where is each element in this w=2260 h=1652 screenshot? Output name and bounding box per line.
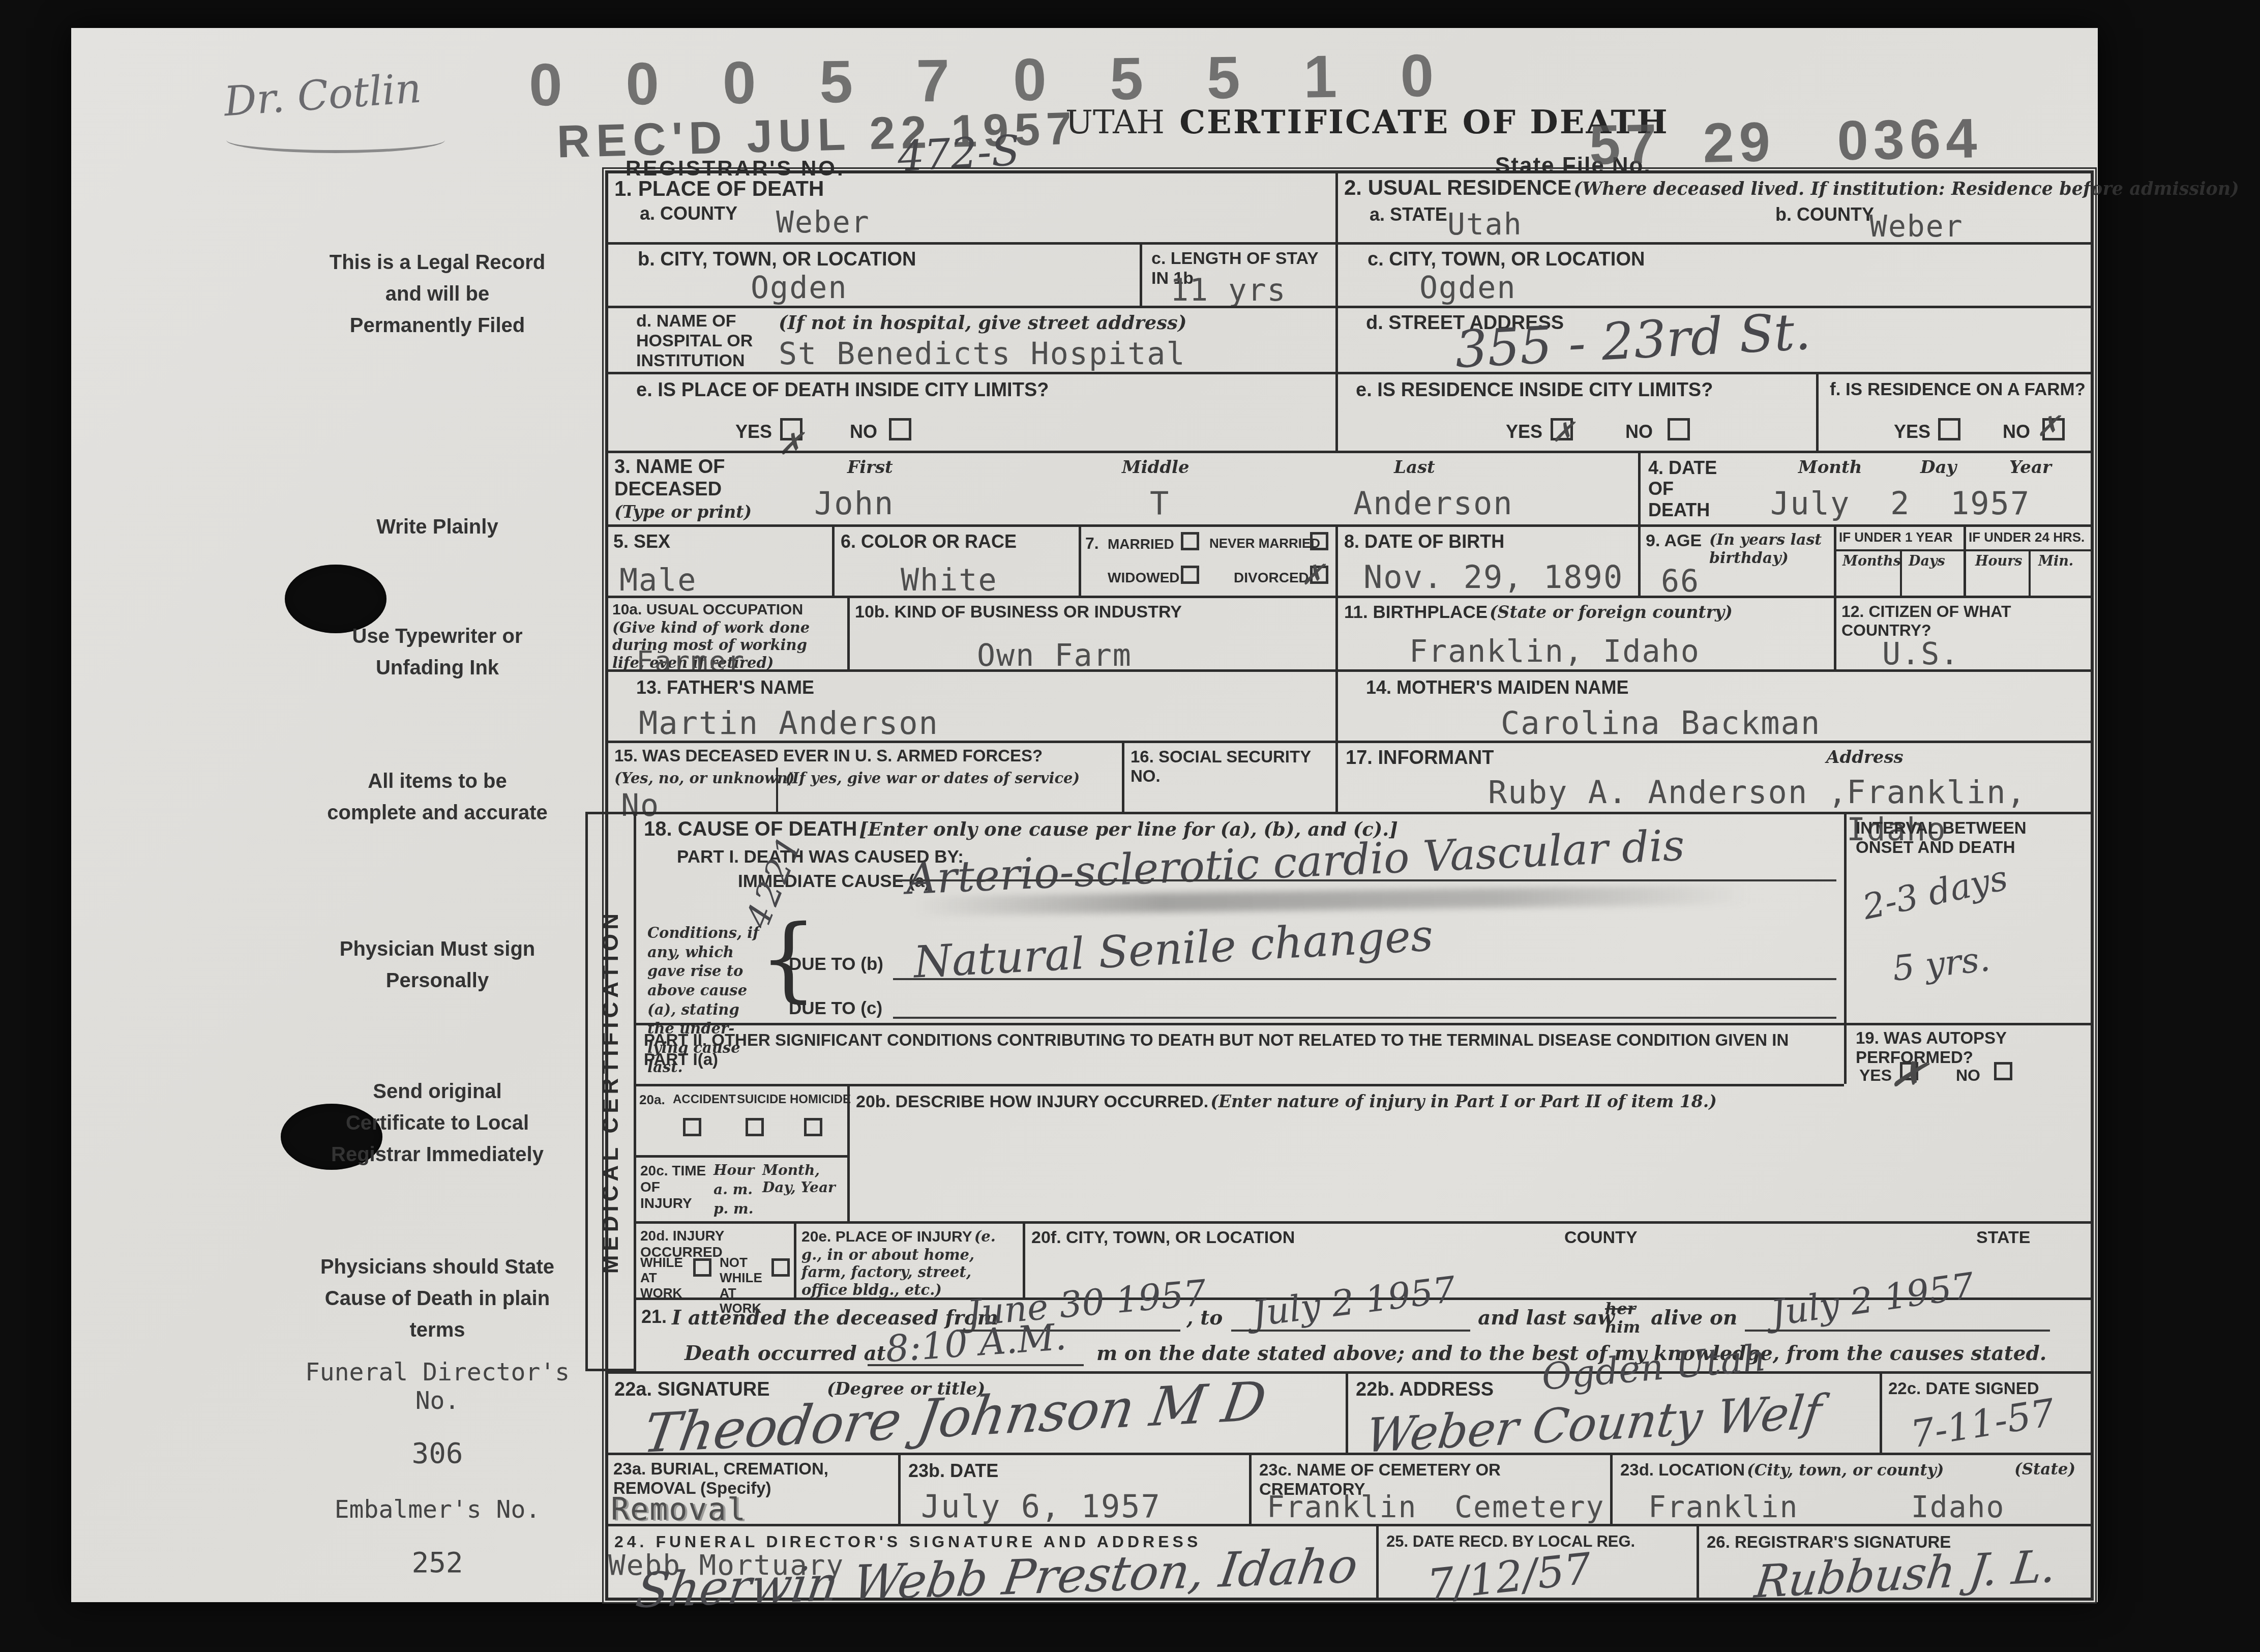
field-21-text4: alive on <box>1651 1306 1737 1330</box>
field-9-age: 9. AGE (In years last birthday) 66 <box>1638 524 1834 596</box>
field-2e-city-limits: e. IS RESIDENCE INSIDE CITY LIMITS? YES … <box>1335 372 1816 451</box>
checkbox-2f-yes <box>1938 418 1960 440</box>
embalmers-no-value: 252 <box>290 1546 585 1579</box>
field-20d-injury-occurred: 20d. INJURY OCCURRED WHILE AT WORK NOT W… <box>636 1221 794 1297</box>
field-14-value: Carolina Backman <box>1501 704 1821 742</box>
field-22b-address: 22b. ADDRESS Ogden Utah Weber County Wel… <box>1346 1371 1880 1453</box>
field-2f-yes-label: YES <box>1894 421 1930 442</box>
field-4-title: 4. DATE OF DEATH <box>1648 457 1719 520</box>
field-11-note: (State or foreign country) <box>1490 602 1733 622</box>
field-3-first-header: First <box>847 457 893 478</box>
field-17-value: Ruby A. Anderson , <box>1488 774 1848 811</box>
field-20c-time-of-injury: 20c. TIME OF INJURY Hour a. m. p. m. Mon… <box>636 1155 847 1221</box>
field-4-date-of-death: 4. DATE OF DEATH Month Day Year July 2 1… <box>1638 451 2091 524</box>
field-21-text5: Death occurred at <box>685 1342 886 1366</box>
field-13-fathers-name: 13. FATHER'S NAME Martin Anderson <box>608 669 1335 741</box>
field-21-text2: , to <box>1186 1306 1223 1330</box>
field-1a-label: a. COUNTY <box>640 203 737 224</box>
field-15-armed-forces: 15. WAS DECEASED EVER IN U. S. ARMED FOR… <box>608 741 1122 812</box>
field-1d-value: St Benedicts Hospital <box>779 336 1186 372</box>
field-23d-note: (City, town, or county) <box>1747 1461 1944 1480</box>
field-20c-hour-label: Hour <box>713 1162 754 1179</box>
field-2e-label: e. IS RESIDENCE INSIDE CITY LIMITS? <box>1356 379 1713 402</box>
field-18-cause-of-death: 18. CAUSE OF DEATH [Enter only one cause… <box>636 812 1844 1023</box>
field-10a-label: 10a. USUAL OCCUPATION <box>612 601 803 618</box>
field-1b-label: b. CITY, TOWN, OR LOCATION <box>638 249 916 271</box>
field-26-registrar-signature: 26. REGISTRAR'S SIGNATURE Rubbush J. L. <box>1697 1524 2091 1598</box>
field-2f-no-label: NO <box>2003 421 2030 442</box>
field-18-due-to-b-label: DUE TO (b) <box>789 954 883 975</box>
field-23d-label: 23d. LOCATION <box>1620 1460 1745 1479</box>
field-19-no-label: NO <box>1956 1066 1980 1085</box>
field-20e-place-of-injury: 20e. PLACE OF INJURY (e. g., in or about… <box>794 1221 1023 1297</box>
field-1b-city: b. CITY, TOWN, OR LOCATION Ogden <box>608 242 1140 306</box>
field-20a-accident-suicide-homicide: 20a. ACCIDENT SUICIDE HOMICIDE <box>636 1084 847 1155</box>
title-utah: UTAH <box>1065 104 1165 141</box>
divider <box>2029 549 2031 596</box>
margin-note-legal-record: This is a Legal Record and will be Perma… <box>325 247 549 341</box>
embalmers-no-label: Embalmer's No. <box>290 1495 585 1524</box>
field-1c-value: 11 yrs <box>1170 273 1287 308</box>
checkmark-2e-yes: ✗ <box>1552 416 1574 448</box>
state-file-number-stamp: 57 29 0364 <box>1589 106 1982 177</box>
pencil-doctor-note: Dr. Cotlin <box>222 65 423 126</box>
field-2-title-note: (Where deceased lived. If institution: R… <box>1573 179 2239 199</box>
field-22a-signature: 22a. SIGNATURE (Degree or title) Theodor… <box>608 1371 1346 1453</box>
field-23a-value: Removal <box>611 1492 747 1527</box>
pencil-underline <box>226 127 445 153</box>
field-8-label: 8. DATE OF BIRTH <box>1344 531 1504 552</box>
field-23b-value: July 6, 1957 <box>921 1488 1161 1525</box>
field-2e-no-label: NO <box>1625 421 1653 442</box>
field-18-title: 18. CAUSE OF DEATH <box>644 818 857 840</box>
interval-header: INTERVAL BETWEEN ONSET AND DEATH <box>1856 818 2079 857</box>
cause-line-c <box>893 1017 1836 1019</box>
field-20e-label: 20e. PLACE OF INJURY <box>801 1228 972 1245</box>
checkbox-20a-accident <box>683 1118 701 1136</box>
field-13-value: Martin Anderson <box>639 704 939 742</box>
field-1c-length-of-stay: c. LENGTH OF STAY IN 1b 11 yrs <box>1140 242 1335 306</box>
field-10b-value: Own Farm <box>977 638 1132 673</box>
field-9-under1-label: IF UNDER 1 YEAR <box>1839 530 1952 545</box>
certificate-form: 1. PLACE OF DEATH a. COUNTY Weber 2. USU… <box>605 170 2094 1601</box>
field-4-day-header: Day <box>1920 457 1956 478</box>
field-20f-county-label: COUNTY <box>1564 1228 1638 1248</box>
field-5-value: Male <box>619 563 697 598</box>
medical-certification-label: MEDICAL CERTIFICATION <box>598 909 624 1274</box>
field-13-label: 13. FATHER'S NAME <box>636 677 814 698</box>
field-18-due-to-c-label: DUE TO (c) <box>789 998 882 1019</box>
checkbox-7-never-married <box>1310 532 1328 550</box>
field-20b-label: 20b. DESCRIBE HOW INJURY OCCURRED. <box>856 1092 1208 1111</box>
field-20b-describe-injury: 20b. DESCRIBE HOW INJURY OCCURRED. (Ente… <box>847 1084 1844 1221</box>
field-2d-street-address: d. STREET ADDRESS 355 - 23rd St. <box>1335 306 2091 372</box>
line-to <box>1231 1330 1470 1332</box>
field-1-title: 1. PLACE OF DEATH <box>614 176 824 201</box>
field-21-him: him <box>1605 1317 1640 1337</box>
field-20c-pm-label: p. m. <box>713 1200 753 1218</box>
margin-note-typewriter: Use Typewriter or Unfading Ink <box>325 621 549 684</box>
field-18-interval-column: INTERVAL BETWEEN ONSET AND DEATH 2-3 day… <box>1844 812 2091 1023</box>
checkbox-2e-no <box>1668 418 1690 440</box>
certificate-paper: Dr. Cotlin 0 0 0 5 7 0 5 5 1 0 REC'D JUL… <box>71 28 2098 1602</box>
field-23b-date: 23b. DATE July 6, 1957 <box>898 1453 1249 1524</box>
field-9-note: (In years last birthday) <box>1709 531 1826 568</box>
field-17-informant: 17. INFORMANT Address Ruby A. Anderson ,… <box>1335 741 2091 812</box>
field-2-title: 2. USUAL RESIDENCE <box>1344 175 1571 199</box>
field-2-usual-residence: 2. USUAL RESIDENCE (Where deceased lived… <box>1335 173 2091 242</box>
field-23c-cemetery: 23c. NAME OF CEMETERY OR CREMATORY Frank… <box>1249 1453 1610 1524</box>
field-8-value: Nov. 29, 1890 <box>1363 558 1623 596</box>
cause-line-a <box>893 879 1836 881</box>
field-3-middle-header: Middle <box>1122 457 1190 478</box>
field-1d-note: (If not in hospital, give street address… <box>779 311 1186 334</box>
field-21-text3: and last saw <box>1478 1306 1615 1330</box>
field-14-label: 14. MOTHER'S MAIDEN NAME <box>1366 677 1629 698</box>
field-9-label: 9. AGE <box>1646 531 1702 551</box>
margin-note-physician-sign: Physician Must sign Personally <box>325 933 549 996</box>
field-12-value: U.S. <box>1882 636 1960 672</box>
field-5-sex: 5. SEX Male <box>608 524 832 596</box>
checkbox-20a-homicide <box>804 1118 822 1136</box>
field-20e-label-row: 20e. PLACE OF INJURY (e. g., in or about… <box>801 1228 1020 1299</box>
margin-note-plain-terms: Physicians should State Cause of Death i… <box>305 1251 570 1346</box>
field-8-date-of-birth: 8. DATE OF BIRTH Nov. 29, 1890 <box>1335 524 1638 596</box>
field-25-date-received: 25. DATE RECD. BY LOCAL REG. 7/12/57 <box>1376 1524 1697 1598</box>
margin-note-send-original: Send original Certificate to Local Regis… <box>325 1076 549 1170</box>
checkbox-20d-while <box>693 1258 711 1277</box>
field-19-label: 19. WAS AUTOPSY PERFORMED? <box>1856 1028 2079 1067</box>
field-23d-label-row: 23d. LOCATION (City, town, or county) <box>1620 1460 1944 1480</box>
field-19-autopsy: 19. WAS AUTOPSY PERFORMED? YES ✗ NO <box>1844 1023 2091 1084</box>
medical-certification-strip: MEDICAL CERTIFICATION <box>585 812 636 1371</box>
field-20a-suicide-label: SUICIDE <box>737 1093 786 1107</box>
field-11-value: Franklin, Idaho <box>1409 634 1700 669</box>
field-16-label: 16. SOCIAL SECURITY NO. <box>1131 747 1335 786</box>
field-11-label-row: 11. BIRTHPLACE (State or foreign country… <box>1344 602 1733 623</box>
field-23d-state-note: (State) <box>2014 1460 2075 1479</box>
field-3-title: 3. NAME OF DECEASED <box>614 456 767 500</box>
field-3-note: (Type or print) <box>614 502 752 522</box>
cause-line-b <box>893 978 1836 980</box>
field-22c-label: 22c. DATE SIGNED <box>1888 1379 2039 1398</box>
field-4-value: July 2 1957 <box>1770 485 2030 522</box>
field-9-months-label: Months <box>1842 553 1901 570</box>
scanned-death-certificate: { "colors":{"background":"#0d0d0d","pape… <box>0 0 2260 1652</box>
field-2a-value: Utah <box>1447 207 1523 242</box>
field-7-number: 7. <box>1085 534 1099 553</box>
field-20b-extension <box>1844 1084 2091 1221</box>
field-7-married-label: MARRIED <box>1108 536 1174 552</box>
field-21-her: her <box>1605 1299 1635 1318</box>
field-20a-homicide-label: HOMICIDE <box>790 1093 851 1107</box>
divider <box>776 768 778 812</box>
field-9-if-under-1-year: IF UNDER 1 YEAR Months Days <box>1834 524 1964 596</box>
field-25-value: 7/12/57 <box>1425 1543 1594 1610</box>
checkbox-20a-suicide <box>746 1118 764 1136</box>
field-2e-yes-label: YES <box>1506 421 1542 442</box>
field-1e-city-limits: e. IS PLACE OF DEATH INSIDE CITY LIMITS?… <box>608 372 1335 451</box>
field-1e-label: e. IS PLACE OF DEATH INSIDE CITY LIMITS? <box>636 379 1049 402</box>
checkmark-2f-no: ✗ <box>2036 410 2060 443</box>
field-9-min-label: Min. <box>2038 553 2073 570</box>
funeral-directors-no-value: 306 <box>290 1437 585 1470</box>
field-9-if-under-24-hrs: IF UNDER 24 HRS. Hours Min. <box>1964 524 2091 596</box>
field-10a-occupation: 10a. USUAL OCCUPATION (Give kind of work… <box>608 596 847 669</box>
field-22c-value: 7-11-57 <box>1908 1391 2058 1457</box>
field-2f-label: f. IS RESIDENCE ON A FARM? <box>1830 379 2086 400</box>
field-20f-label: 20f. CITY, TOWN, OR LOCATION <box>1031 1228 1295 1248</box>
field-20c-am-label: a. m. <box>713 1181 753 1198</box>
field-9-under24-label: IF UNDER 24 HRS. <box>1969 530 2085 545</box>
field-3-last-header: Last <box>1394 457 1435 478</box>
field-15-note1: (Yes, no, or unknown) <box>614 770 795 787</box>
field-7-widowed-label: WIDOWED <box>1108 570 1180 586</box>
field-2-title-row: 2. USUAL RESIDENCE (Where deceased lived… <box>1344 175 2239 200</box>
field-5-label: 5. SEX <box>613 531 670 552</box>
field-18-part2: PART II. OTHER SIGNIFICANT CONDITIONS CO… <box>636 1023 1844 1084</box>
field-15-note2: (If yes, give war or dates of service) <box>785 770 1080 787</box>
checkbox-20d-not-while <box>771 1258 790 1277</box>
field-22b-label: 22b. ADDRESS <box>1356 1379 1494 1401</box>
field-10b-industry: 10b. KIND OF BUSINESS OR INDUSTRY Own Fa… <box>847 596 1335 669</box>
field-7-never-married-label: NEVER MARRIED <box>1209 536 1320 551</box>
field-16-social-security: 16. SOCIAL SECURITY NO. <box>1122 741 1335 812</box>
field-12-label: 12. CITIZEN OF WHAT COUNTRY? <box>1841 602 2086 640</box>
field-20c-label: 20c. TIME OF INJURY <box>640 1163 711 1212</box>
field-23b-label: 23b. DATE <box>908 1460 998 1481</box>
field-18a-interval: 2-3 days <box>1859 858 2011 928</box>
field-20a-accident-label: ACCIDENT <box>673 1093 736 1107</box>
field-23a-burial: 23a. BURIAL, CREMATION, REMOVAL (Specify… <box>608 1453 898 1524</box>
field-1b-value: Ogden <box>751 270 848 306</box>
checkbox-7-married <box>1181 532 1199 550</box>
certificate-title: UTAH CERTIFICATE OF DEATH <box>1065 103 1669 141</box>
field-15-label: 15. WAS DECEASED EVER IN U. S. ARMED FOR… <box>614 746 1043 765</box>
field-3-middle-value: T <box>1150 485 1170 522</box>
field-20b-note: (Enter nature of injury in Part I or Par… <box>1210 1091 1717 1111</box>
margin-note-write-plainly: Write Plainly <box>325 511 549 543</box>
field-2f-farm: f. IS RESIDENCE ON A FARM? YES NO ✗ <box>1816 372 2091 451</box>
field-14-mothers-maiden-name: 14. MOTHER'S MAIDEN NAME Carolina Backma… <box>1335 669 2091 741</box>
field-3-last-value: Anderson <box>1353 485 1513 522</box>
field-3-first-value: John <box>814 485 894 522</box>
field-19-yes-label: YES <box>1859 1066 1892 1085</box>
field-1d-label: d. NAME OF HOSPITAL OR INSTITUTION <box>636 311 774 371</box>
field-2b-label: b. COUNTY <box>1775 204 1874 225</box>
field-24-funeral-director: 24. FUNERAL DIRECTOR'S SIGNATURE AND ADD… <box>608 1524 1376 1598</box>
field-12-citizen: 12. CITIZEN OF WHAT COUNTRY? U.S. <box>1834 596 2091 669</box>
field-17-address-header: Address <box>1826 747 1904 768</box>
field-1-place-of-death: 1. PLACE OF DEATH a. COUNTY Weber <box>608 173 1335 242</box>
line-time <box>868 1364 1084 1366</box>
field-18b-interval: 5 yrs. <box>1890 939 1992 989</box>
field-2c-value: Ogden <box>1419 270 1516 306</box>
field-10b-label: 10b. KIND OF BUSINESS OR INDUSTRY <box>855 602 1182 622</box>
field-23d-value: Franklin Idaho <box>1648 1490 2005 1524</box>
field-6-label: 6. COLOR OR RACE <box>841 531 1017 552</box>
line-alive <box>1745 1330 2050 1332</box>
field-1a-value: Weber <box>776 205 870 240</box>
field-2a-label: a. STATE <box>1370 204 1447 225</box>
field-1e-no-label: NO <box>850 421 877 442</box>
field-3-name-of-deceased: 3. NAME OF DECEASED (Type or print) Firs… <box>608 451 1638 524</box>
field-21-number: 21. <box>641 1306 667 1327</box>
funeral-directors-no-label: Funeral Director's No. <box>290 1358 585 1415</box>
field-21-attended-statement: 21. I attended the deceased from June 30… <box>636 1297 2091 1371</box>
margin-note-complete: All items to be complete and accurate <box>325 765 549 829</box>
field-7-marital-status: 7. MARRIED NEVER MARRIED WIDOWED DIVORCE… <box>1079 524 1335 596</box>
field-17-label: 17. INFORMANT <box>1346 747 1494 770</box>
field-1e-yes-label: YES <box>735 421 772 442</box>
field-25-label: 25. DATE RECD. BY LOCAL REG. <box>1386 1532 1691 1551</box>
checkbox-19-no <box>1994 1062 2012 1080</box>
field-22c-date-signed: 22c. DATE SIGNED 7-11-57 <box>1880 1371 2091 1453</box>
field-23c-value: Franklin Cemetery <box>1267 1490 1605 1524</box>
field-6-color-or-race: 6. COLOR OR RACE White <box>832 524 1079 596</box>
checkbox-7-widowed <box>1181 566 1199 584</box>
field-20f-state-label: STATE <box>1976 1228 2030 1248</box>
field-4-year-header: Year <box>2009 457 2051 478</box>
checkmark-7-divorced: ✗ <box>1301 558 1325 592</box>
field-9-days-label: Days <box>1909 553 1945 570</box>
field-6-value: White <box>901 563 998 598</box>
field-18b-value: Natural Senile changes <box>912 910 1434 988</box>
part2-label: PART II. OTHER SIGNIFICANT CONDITIONS CO… <box>644 1030 1829 1069</box>
field-7-divorced-label: DIVORCED <box>1234 570 1309 586</box>
field-20a-number: 20a. <box>639 1093 665 1108</box>
field-2b-value: Weber <box>1869 209 1964 244</box>
field-1d-hospital: d. NAME OF HOSPITAL OR INSTITUTION (If n… <box>608 306 1335 372</box>
field-4-month-header: Month <box>1798 457 1862 478</box>
checkbox-1e-no <box>889 418 911 440</box>
field-23d-location: 23d. LOCATION (City, town, or county) (S… <box>1610 1453 2091 1524</box>
field-20b-label-row: 20b. DESCRIBE HOW INJURY OCCURRED. (Ente… <box>856 1091 1717 1112</box>
field-20c-mdy-label: Month, Day, Year <box>762 1162 844 1196</box>
field-2c-label: c. CITY, TOWN, OR LOCATION <box>1367 249 1645 271</box>
field-9-value: 66 <box>1661 564 1700 599</box>
field-20d-while-label: WHILE AT WORK <box>640 1255 691 1301</box>
field-11-label: 11. BIRTHPLACE <box>1344 602 1488 622</box>
field-11-birthplace: 11. BIRTHPLACE (State or foreign country… <box>1335 596 1834 669</box>
field-9-hours-label: Hours <box>1975 553 2023 570</box>
field-2c-city: c. CITY, TOWN, OR LOCATION Ogden <box>1335 242 2091 306</box>
